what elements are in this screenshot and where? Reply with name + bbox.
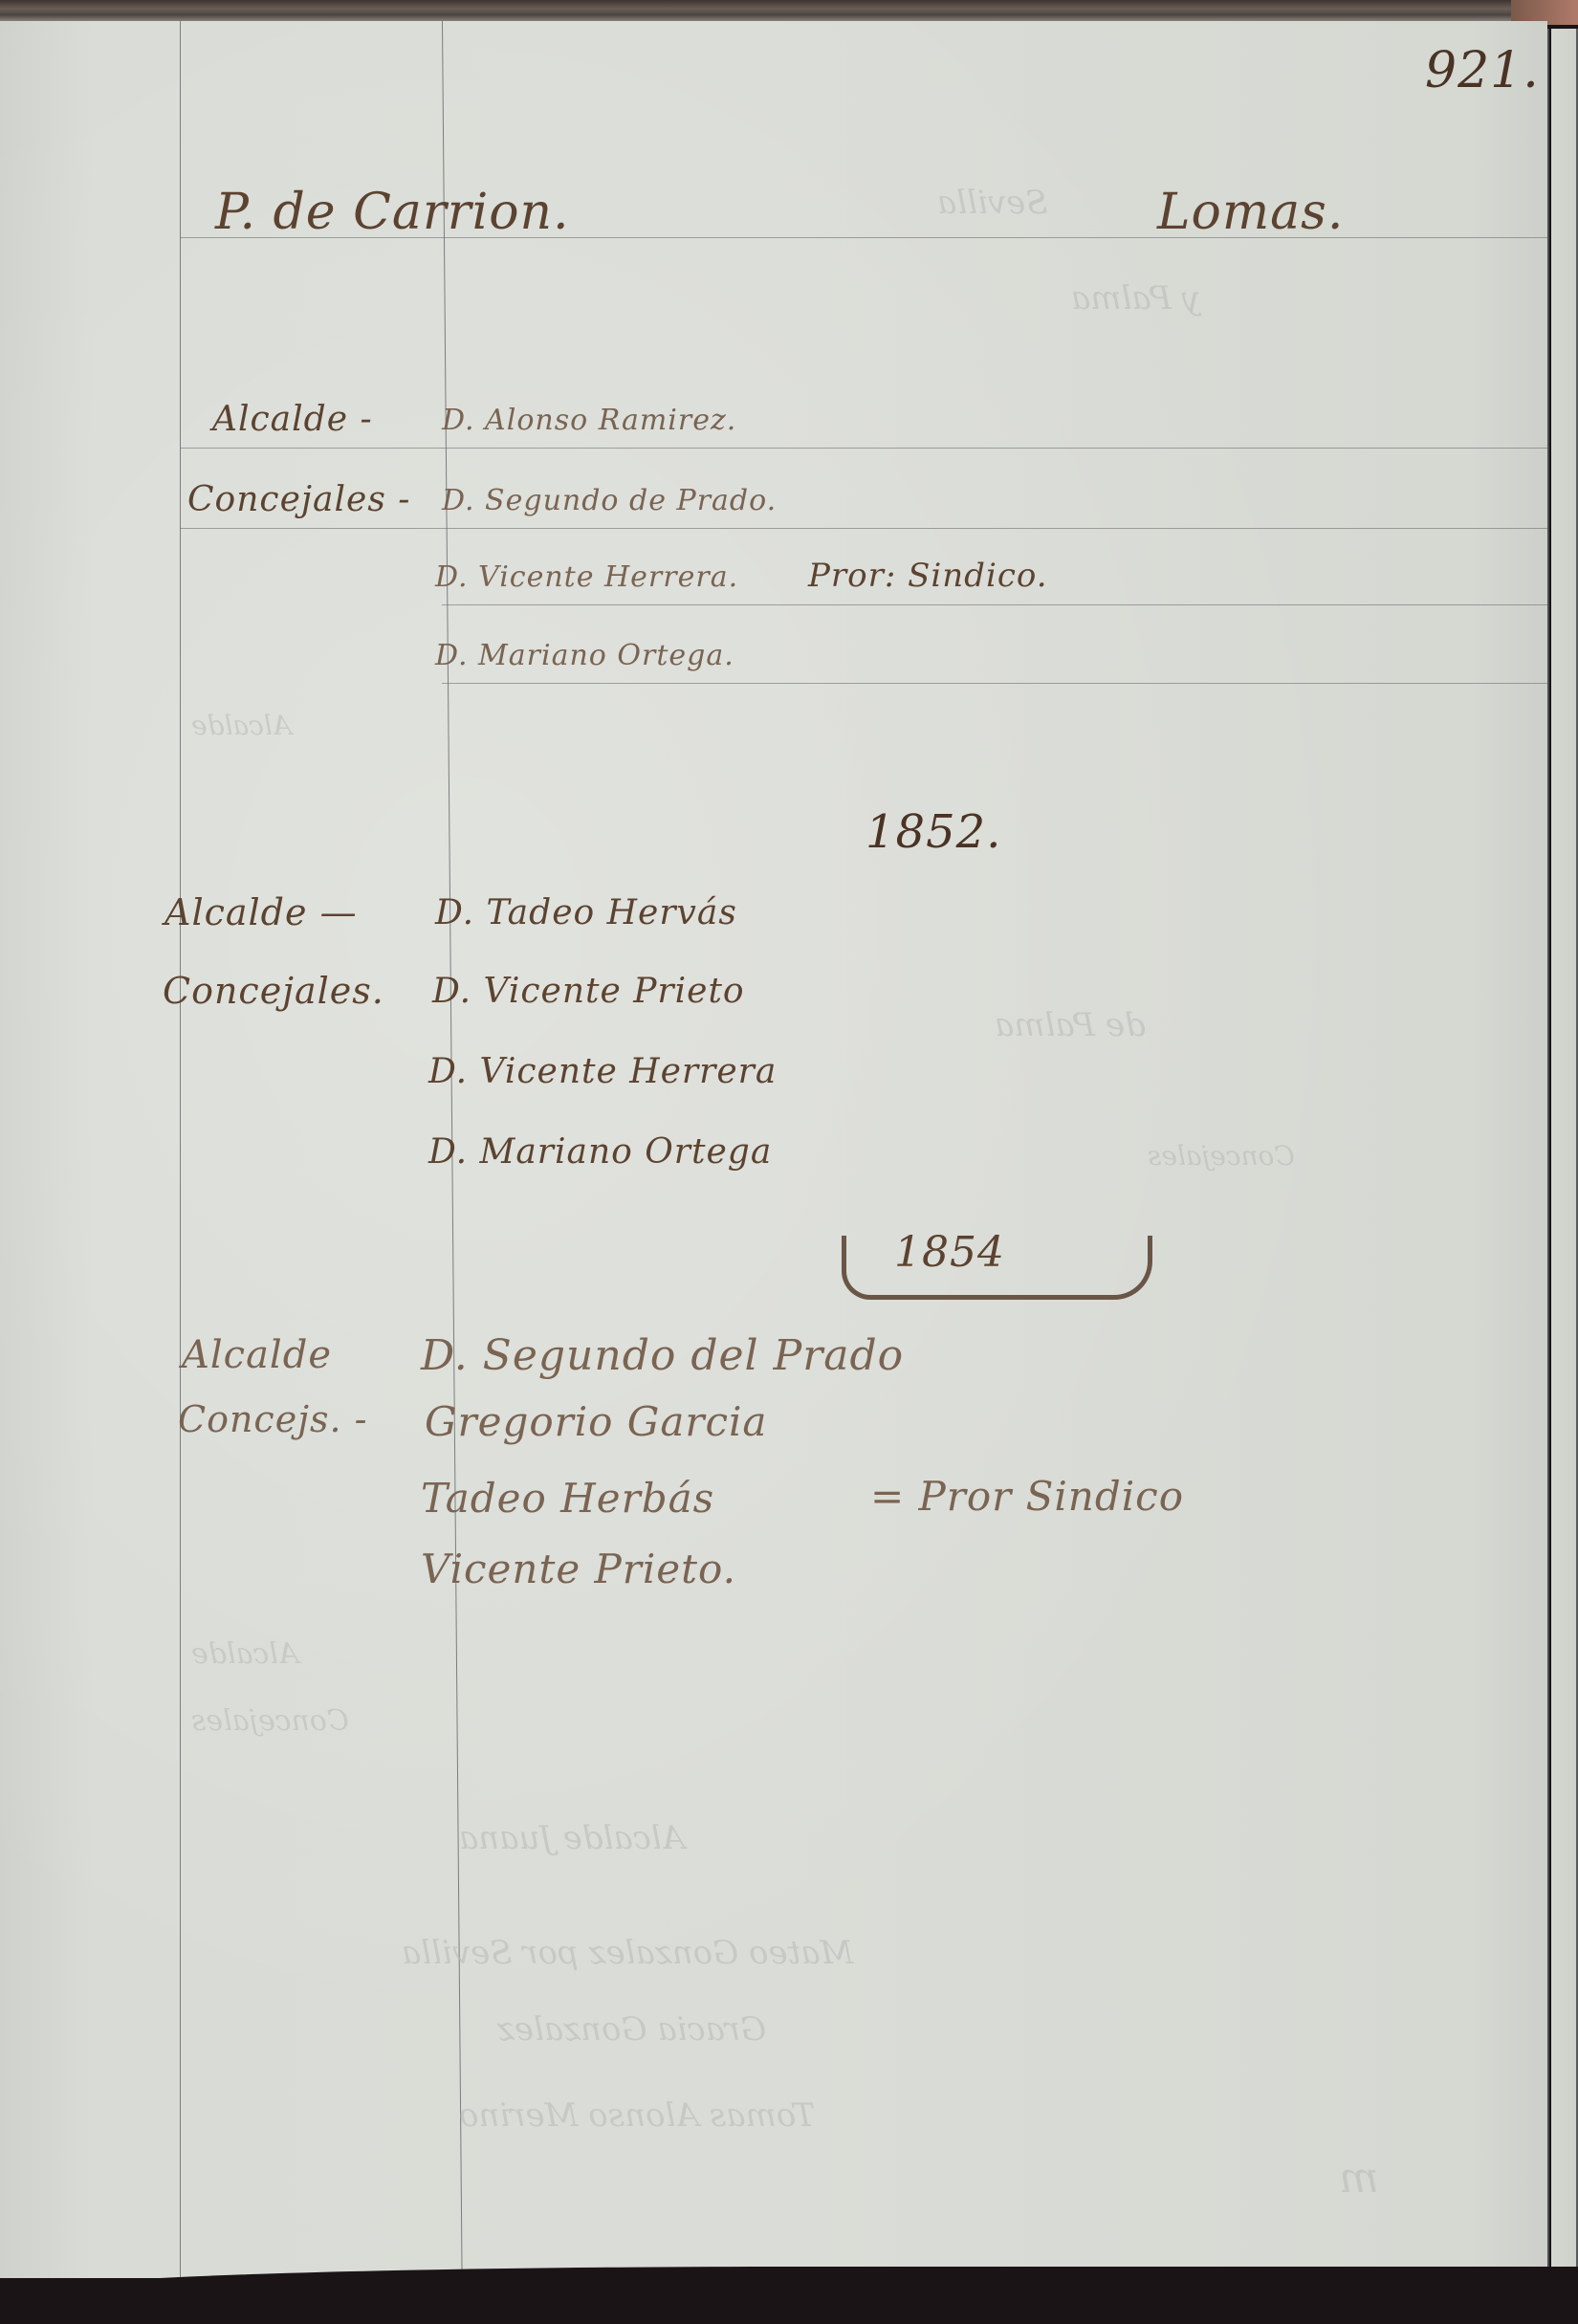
official-name: D. Vicente Herrera: [428, 1052, 777, 1091]
official-name: Gregorio Garcia: [425, 1398, 767, 1445]
scan-bottom-background: [0, 2267, 1578, 2324]
role-label: Concejales.: [163, 970, 384, 1012]
bleed-through-text: Gracia Gonzalez: [497, 2010, 766, 2049]
bleed-through-text: Alcalde: [191, 710, 292, 741]
official-name: Vicente Prieto.: [421, 1546, 736, 1592]
header-right-place: Lomas.: [1157, 184, 1344, 241]
bleed-through-text: Sevilla: [937, 184, 1048, 222]
year-underline-flourish: [842, 1236, 1152, 1300]
official-name: D. Segundo de Prado.: [442, 484, 777, 517]
role-label: Concejs. -: [178, 1398, 367, 1440]
row-rule-1: [180, 448, 1547, 449]
official-name: D. Vicente Prieto: [432, 972, 745, 1011]
bleed-through-text: y Palma: [1071, 279, 1200, 318]
official-name: D. Segundo del Prado: [421, 1331, 904, 1380]
bleed-through-text: de Palma: [995, 1006, 1146, 1044]
page-border: [1547, 29, 1549, 2276]
bleed-through-text: Alcalde: [191, 1637, 299, 1671]
row-rule-2: [180, 528, 1547, 529]
official-name: D. Alonso Ramirez.: [442, 404, 736, 437]
bleed-through-text: Alcalde Juana: [459, 1819, 685, 1857]
role-label: Alcalde: [182, 1333, 332, 1377]
left-margin-rule: [180, 21, 181, 2278]
official-name: D. Mariano Ortega: [428, 1132, 772, 1172]
section-year: 1852.: [866, 805, 1001, 859]
official-name: D. Mariano Ortega.: [435, 639, 734, 672]
row-rule-3: [442, 604, 1547, 605]
bleed-through-text: m: [1339, 2154, 1379, 2203]
bleed-through-text: Mateo Gonzalez por Sevilla: [402, 1934, 853, 1972]
official-name: Tadeo Herbás: [421, 1475, 714, 1522]
folio-number: 921.: [1425, 42, 1540, 99]
manuscript-page: Sevilla y Palma Alcalde de Palma Conceja…: [0, 21, 1547, 2278]
office-note: Pror: Sindico.: [808, 557, 1048, 595]
bleed-through-text: Tomas Alonso Merino: [459, 2096, 815, 2135]
role-label: Alcalde —: [164, 891, 358, 933]
header-left-place: P. de Carrion.: [215, 184, 570, 241]
role-label: Concejales -: [187, 480, 410, 519]
row-rule-4: [442, 683, 1547, 684]
bleed-through-text: Concejales: [1148, 1140, 1295, 1172]
underlying-page-edge: [1551, 29, 1578, 2286]
official-name: D. Tadeo Hervás: [435, 893, 737, 932]
bleed-through-text: Concejales: [191, 1704, 349, 1738]
official-name: D. Vicente Herrera.: [435, 560, 738, 594]
role-label: Alcalde -: [212, 400, 373, 439]
office-note: = Pror Sindico: [870, 1473, 1184, 1520]
